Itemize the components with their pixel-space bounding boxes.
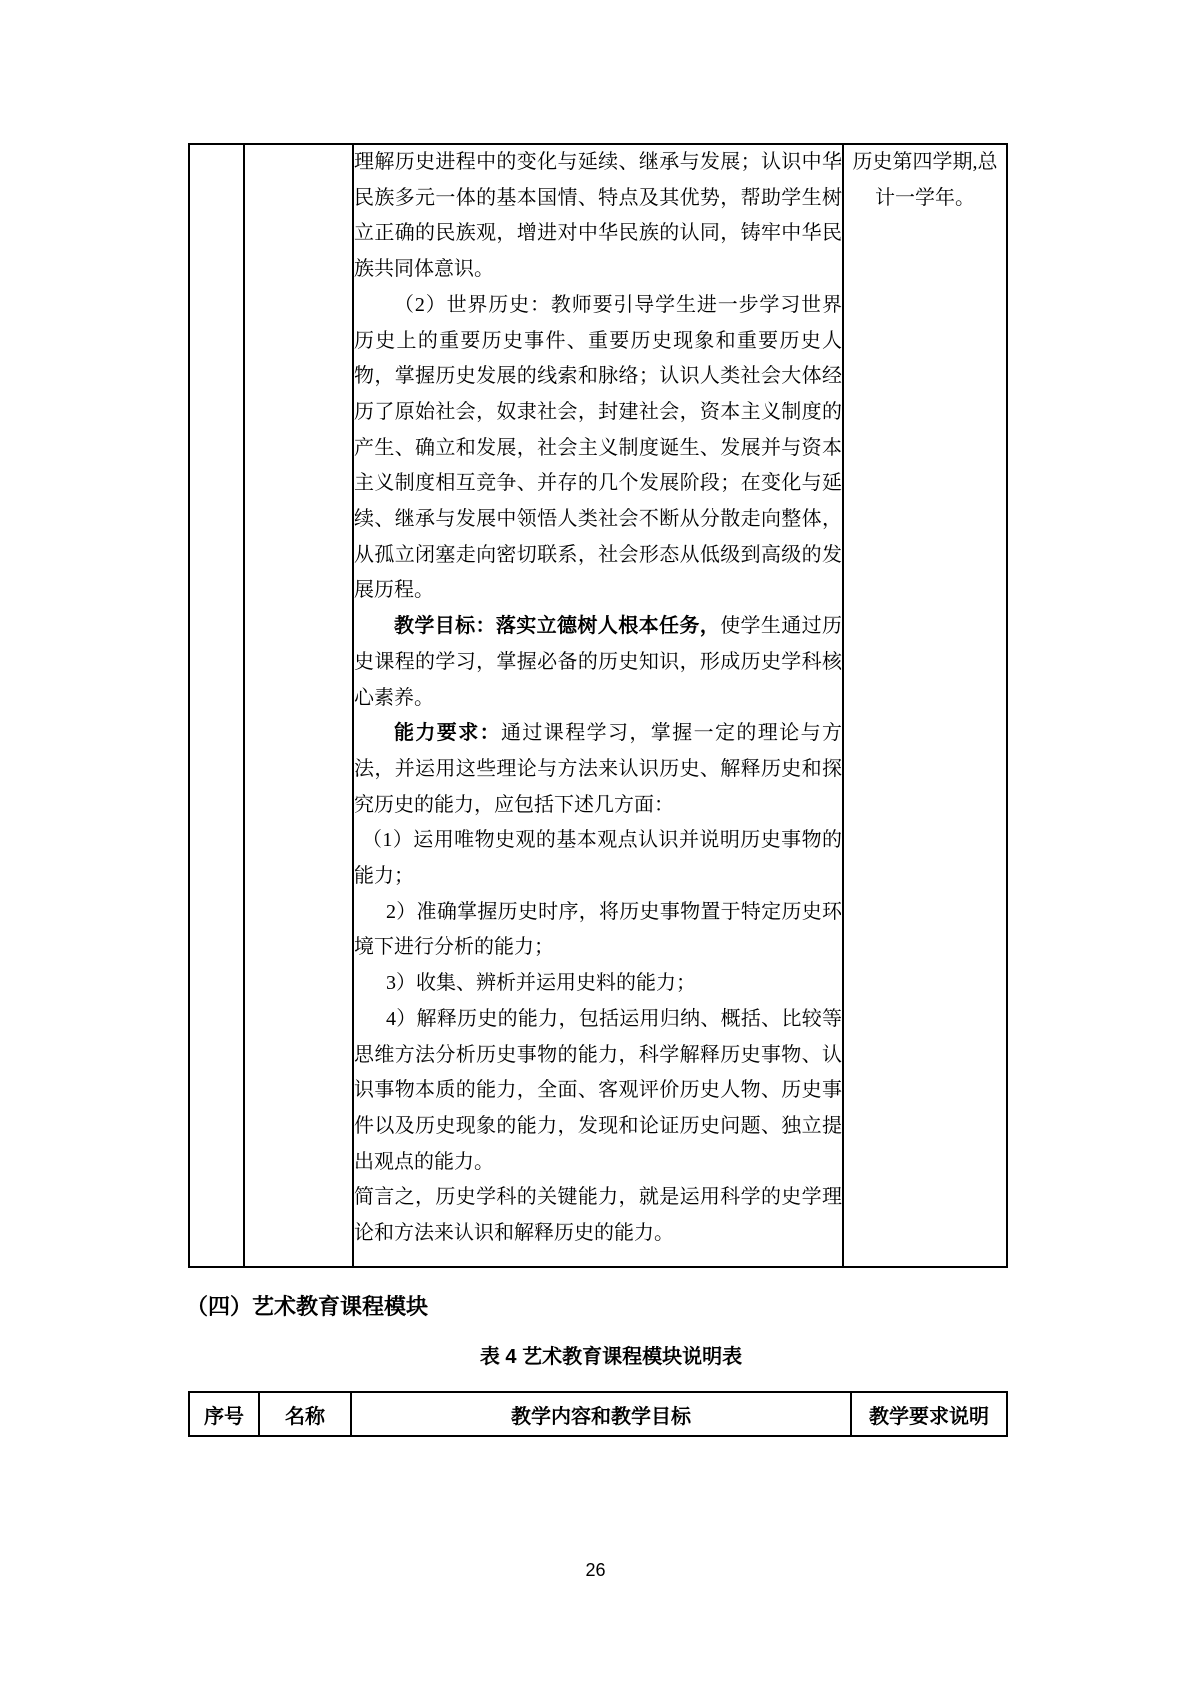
cell-name-empty <box>244 144 353 1267</box>
paragraph-ability-requirement: 能力要求：通过课程学习，掌握一定的理论与方法，并运用这些理论与方法来认识历史、解… <box>354 716 842 823</box>
cell-seq-empty <box>189 144 244 1267</box>
teaching-goal-label: 教学目标：落实立德树人根本任务， <box>394 615 720 637</box>
paragraph-item-1: （1）运用唯物史观的基本观点认识并说明历史事物的能力； <box>354 823 842 894</box>
section-heading: （四）艺术教育课程模块 <box>186 1291 428 1323</box>
history-module-table: 理解历史进程中的变化与延续、继承与发展；认识中华民族多元一体的基本国情、特点及其… <box>188 143 1008 1268</box>
art-module-table-header: 序号 名称 教学内容和教学目标 教学要求说明 <box>188 1391 1008 1437</box>
header-cell-content: 教学内容和教学目标 <box>351 1392 851 1436</box>
cell-teaching-content: 理解历史进程中的变化与延续、继承与发展；认识中华民族多元一体的基本国情、特点及其… <box>353 144 843 1267</box>
header-cell-requirement: 教学要求说明 <box>851 1392 1007 1436</box>
paragraph-teaching-goal: 教学目标：落实立德树人根本任务，使学生通过历史课程的学习，掌握必备的历史知识，形… <box>354 609 842 716</box>
paragraph-summary: 简言之，历史学科的关键能力，就是运用科学的史学理论和方法来认识和解释历史的能力。 <box>354 1180 842 1251</box>
paragraph-world-history: （2）世界历史：教师要引导学生进一步学习世界历史上的重要历史事件、重要历史现象和… <box>354 288 842 609</box>
ability-requirement-label: 能力要求： <box>394 722 501 744</box>
header-cell-name: 名称 <box>259 1392 351 1436</box>
page-number: 26 <box>0 1560 1191 1581</box>
table-caption: 表 4 艺术教育课程模块说明表 <box>188 1343 1006 1371</box>
document-page: 理解历史进程中的变化与延续、继承与发展；认识中华民族多元一体的基本国情、特点及其… <box>0 0 1191 1684</box>
paragraph-item-3: 3）收集、辨析并运用史料的能力； <box>354 966 842 1002</box>
paragraph-item-2: 2）准确掌握历史时序，将历史事物置于特定历史环境下进行分析的能力； <box>354 895 842 966</box>
header-row: 序号 名称 教学内容和教学目标 教学要求说明 <box>189 1392 1007 1436</box>
paragraph-continuation: 理解历史进程中的变化与延续、继承与发展；认识中华民族多元一体的基本国情、特点及其… <box>354 145 842 288</box>
header-cell-seq: 序号 <box>189 1392 259 1436</box>
paragraph-item-4: 4）解释历史的能力，包括运用归纳、概括、比较等思维方法分析历史事物的能力，科学解… <box>354 1002 842 1181</box>
cell-teaching-requirement: 历史第四学期,总计一学年。 <box>843 144 1007 1267</box>
table-row: 理解历史进程中的变化与延续、继承与发展；认识中华民族多元一体的基本国情、特点及其… <box>189 144 1007 1267</box>
